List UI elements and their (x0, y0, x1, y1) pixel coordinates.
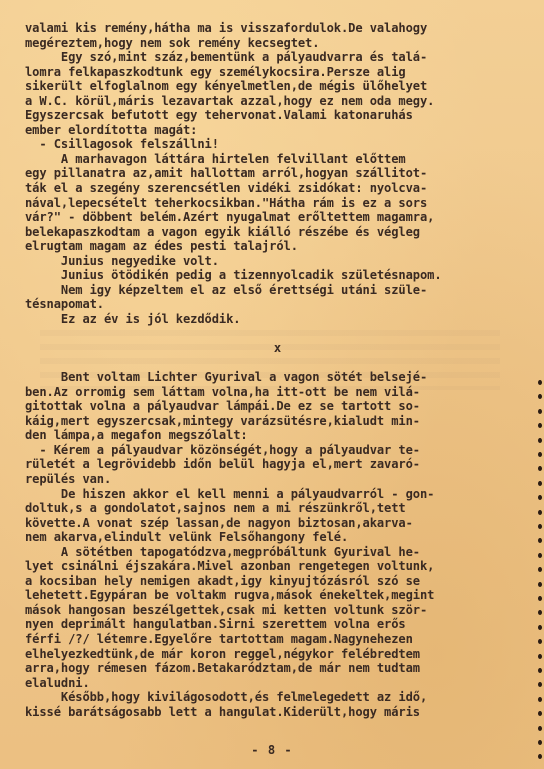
perforation-dot (538, 668, 542, 673)
text-line: Nem igy képzeltem el az első érettségi u… (25, 283, 530, 298)
text-line: követte.A vonat szép lassan,de nagyon bi… (25, 516, 530, 531)
perforation-dot (538, 466, 542, 471)
text-line: káig,mert egyszercsak,mintegy varázsütés… (25, 414, 530, 429)
text-line: belekapaszkodtam a vagon egyik kiálló ré… (25, 225, 530, 240)
text-line: Később,hogy kivilágosodott,és felmeleged… (25, 690, 530, 705)
perforation-dot (538, 510, 542, 515)
perforation-dot (538, 423, 542, 428)
text-line: Egyszercsak befutott egy tehervonat.Vala… (25, 108, 530, 123)
text-line: doltuk,s a gondolatot,sajnos nem a mi ré… (25, 501, 530, 516)
perforation-dot (538, 639, 542, 644)
text-line (25, 326, 530, 341)
text-line: tésnapomat. (25, 297, 530, 312)
text-line: Egy szó,mint száz,bementünk a pályaudvar… (25, 50, 530, 65)
text-line: elrugtam magam az édes pesti talajról. (25, 239, 530, 254)
perforation-dot (538, 495, 542, 500)
text-line: kissé barátságosabb lett a hangulat.Kide… (25, 705, 530, 720)
page-body-text: valami kis remény,háthа ma is visszaford… (25, 21, 530, 719)
text-line: elhelyezkedtünk,de már koron reggel,négy… (25, 647, 530, 662)
perforation-dot (538, 582, 542, 587)
text-line: ben.Az orromig sem láttam volna,ha itt-o… (25, 385, 530, 400)
text-line: nával,lepecsételt teherkocsikban."Hátha … (25, 196, 530, 211)
perforation-dot (538, 409, 542, 414)
text-line: den lámpa,a megafon megszólalt: (25, 428, 530, 443)
text-line: Bent voltam Lichter Gyurival a vagon söt… (25, 370, 530, 385)
perforation-dot (538, 394, 542, 399)
binding-perforation-marks (536, 380, 542, 769)
text-line: A sötétben tapogatódzva,megpróbáltunk Gy… (25, 545, 530, 560)
perforation-dot (538, 596, 542, 601)
text-line: repülés van. (25, 472, 530, 487)
perforation-dot (538, 380, 542, 385)
text-line: - Csillagosok felszállni! (25, 137, 530, 152)
text-line: gitottak volna a pályaudvar lámpái.De ez… (25, 399, 530, 414)
perforation-dot (538, 481, 542, 486)
text-line: rületét a legrövidebb időn belül hagyja … (25, 457, 530, 472)
perforation-dot (538, 754, 542, 759)
text-line: sikerült elfoglalnom egy kényelmetlen,de… (25, 79, 530, 94)
text-line: ember elordította magát: (25, 123, 530, 138)
text-line: lehetett.Egypáran be voltakm rugva,mások… (25, 588, 530, 603)
text-line: lyet csinálni éjszakára.Mivel azonban re… (25, 559, 530, 574)
perforation-dot (538, 553, 542, 558)
perforation-dot (538, 538, 542, 543)
text-line: mások hangosan beszélgettek,csak mi kett… (25, 603, 530, 618)
perforation-dot (538, 610, 542, 615)
section-separator: x (25, 341, 530, 356)
text-line: egy pillanatra az,amit hallottam arról,h… (25, 166, 530, 181)
perforation-dot (538, 625, 542, 630)
text-line: lomra felkapaszkodtunk egy személykocsir… (25, 65, 530, 80)
text-line (25, 356, 530, 371)
perforation-dot (538, 654, 542, 659)
perforation-dot (538, 567, 542, 572)
text-line: - Kérem a pályaudvar közönségét,hogy a p… (25, 443, 530, 458)
text-line: Ez az év is jól kezdődik. (25, 312, 530, 327)
perforation-dot (538, 711, 542, 716)
text-line: A marhavagon láttára hirtelen felvillant… (25, 152, 530, 167)
typewritten-page: valami kis remény,háthа ma is visszaford… (0, 0, 544, 769)
text-line: Junius ötödikén pedig a tizennyolcadik s… (25, 268, 530, 283)
text-line: Junius negyedike volt. (25, 254, 530, 269)
perforation-dot (538, 697, 542, 702)
text-line: megéreztem,hogy nem sok remény kecsegtet… (25, 36, 530, 51)
text-line: nem akarva,elindult velünk Felsőhangony … (25, 530, 530, 545)
text-line: nyen deprimált hangulatban.Sirni szerett… (25, 617, 530, 632)
perforation-dot (538, 726, 542, 731)
perforation-dot (538, 524, 542, 529)
text-line: a kocsiban hely nemigen akadt,igy kinyuj… (25, 574, 530, 589)
page-number: - 8 - (0, 743, 544, 757)
text-line: férfi /?/ létemre.Egyelőre tartottam mag… (25, 632, 530, 647)
text-line: De hiszen akkor el kell menni a pályaudv… (25, 487, 530, 502)
perforation-dot (538, 682, 542, 687)
perforation-dot (538, 438, 542, 443)
text-line: valami kis remény,háthа ma is visszaford… (25, 21, 530, 36)
perforation-dot (538, 452, 542, 457)
text-line: elaludni. (25, 676, 530, 691)
text-line: vár?" - döbbent belém.Azért nyugalmat er… (25, 210, 530, 225)
perforation-dot (538, 740, 542, 745)
text-line: a W.C. körül,máris lezavartak azzal,hogy… (25, 94, 530, 109)
text-line: arra,hogy rémesen fázom.Betakarództam,de… (25, 661, 530, 676)
text-line: ták el a szegény szerencsétlen vidéki zs… (25, 181, 530, 196)
